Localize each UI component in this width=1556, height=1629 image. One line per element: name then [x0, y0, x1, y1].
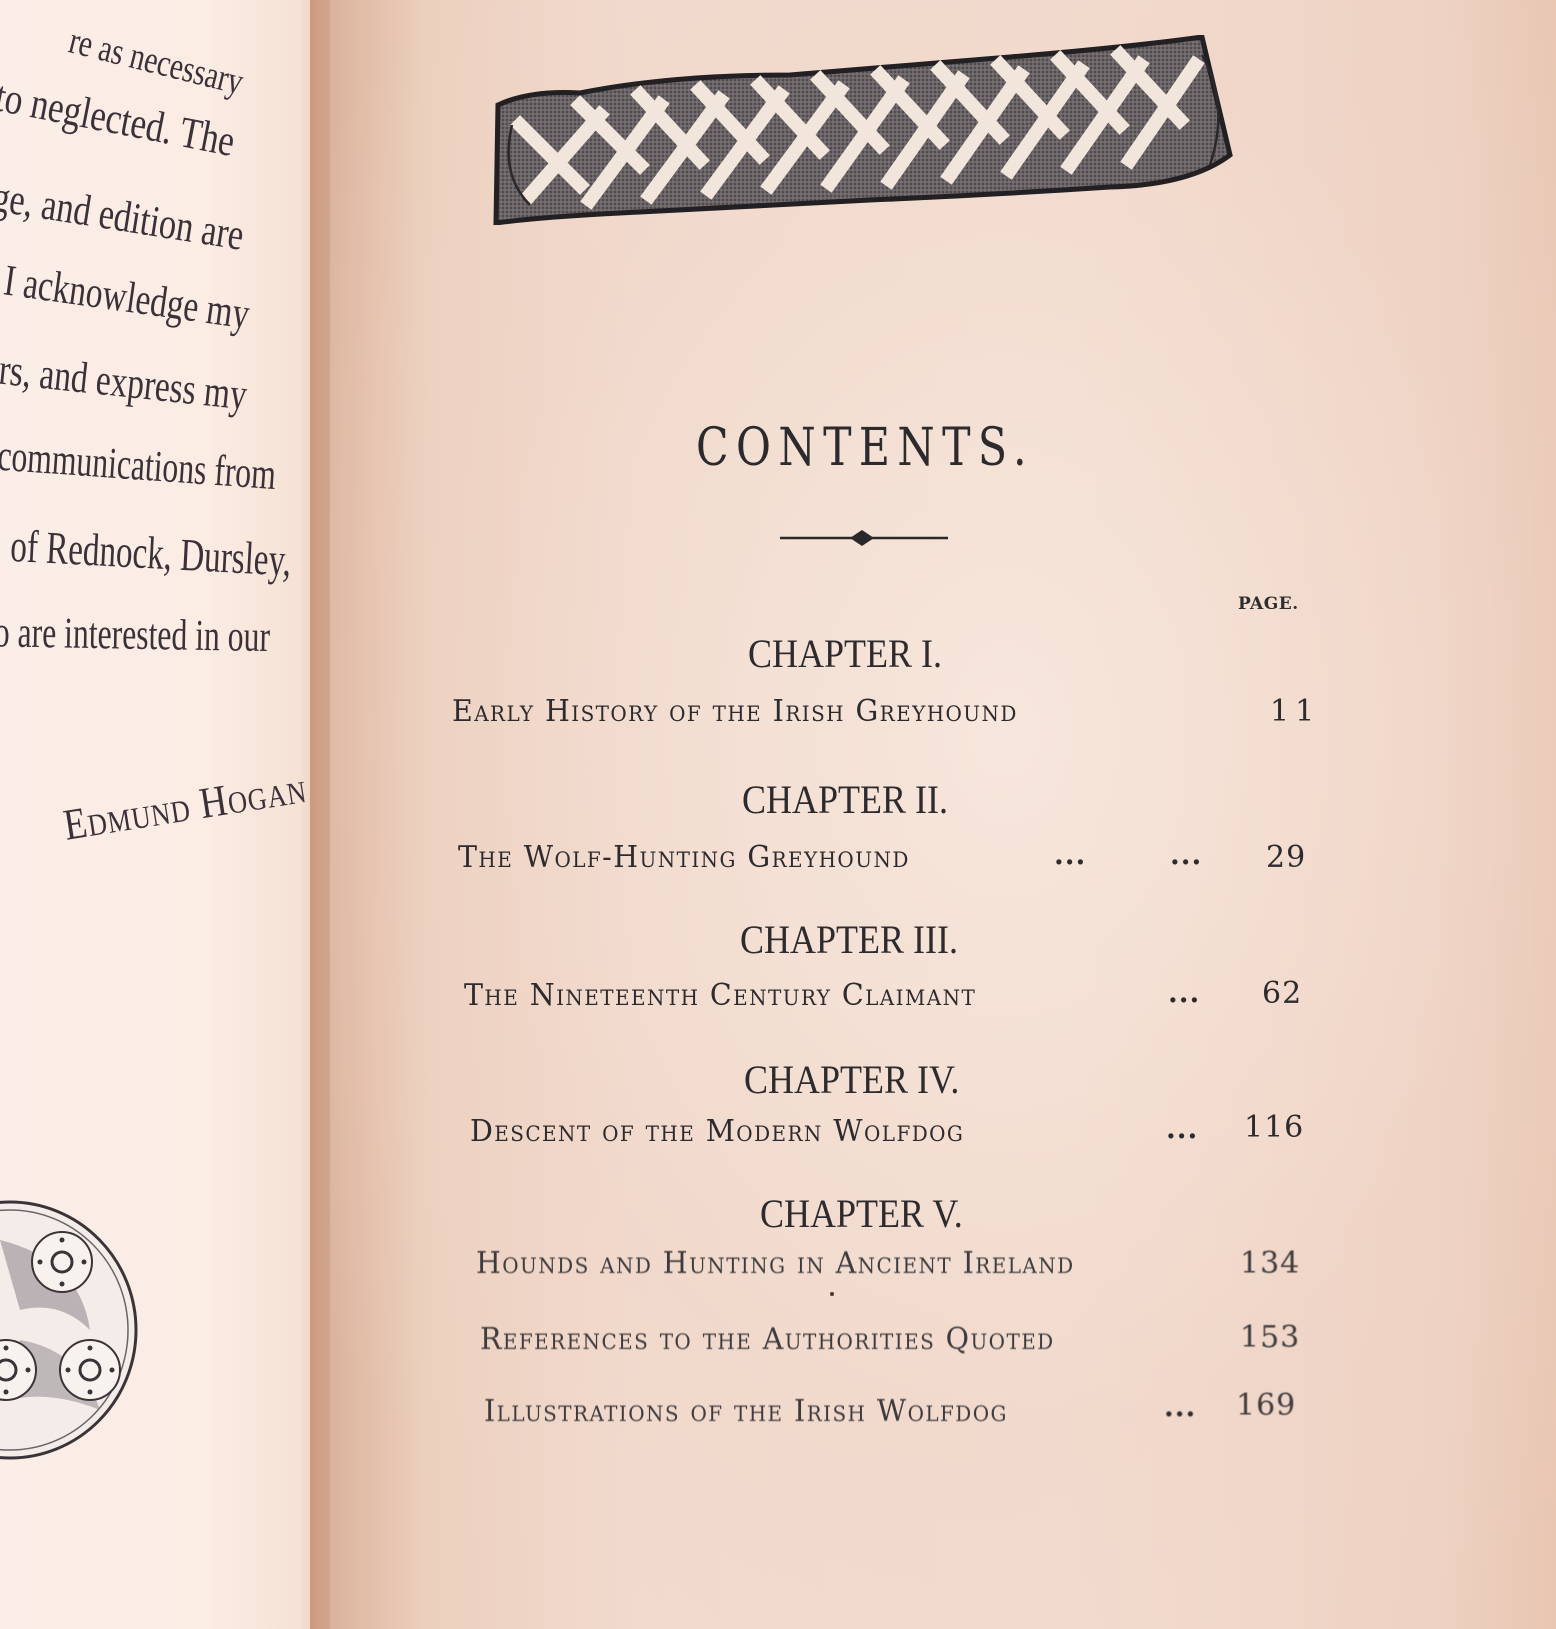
chapter-heading: CHAPTER IV.: [744, 1056, 959, 1103]
toc-entry-page: 11: [1270, 694, 1320, 729]
triskele-ornament-icon: [0, 1200, 140, 1460]
toc-entry-title: The Wolf-Hunting Greyhound: [458, 840, 910, 875]
toc-entry-page: 116: [1244, 1110, 1304, 1145]
chapter-heading: CHAPTER II.: [742, 776, 948, 823]
author-signature: Edmund Hogan.: [60, 760, 320, 850]
toc-leader-dots: ...: [1054, 838, 1086, 871]
left-page-text-line: , of Rednock, Dursley,: [0, 518, 293, 587]
toc-entry-title: Illustrations of the Irish Wolfdog: [484, 1394, 1008, 1429]
chapter-heading: CHAPTER III.: [740, 916, 958, 963]
toc-entry-title: Hounds and Hunting in Ancient Ireland: [476, 1246, 1075, 1281]
chapter-heading: CHAPTER I.: [748, 630, 942, 677]
toc-entry-page: 169: [1236, 1388, 1296, 1423]
left-page-text-line: iters, and express my: [0, 340, 249, 420]
page-column-label: PAGE.: [1238, 594, 1299, 614]
toc-leader-dots: ...: [1166, 1112, 1198, 1145]
left-page: re as necessary to neglected. The age, a…: [0, 0, 340, 1629]
toc-entry-title: The Nineteenth Century Claimant: [464, 978, 976, 1013]
toc-leader-dots: ...: [1170, 838, 1202, 871]
toc-entry-page: 29: [1266, 840, 1306, 875]
chapter-heading: CHAPTER V.: [760, 1190, 963, 1237]
toc-leader-dots: ...: [1164, 1390, 1196, 1423]
diamond-rule-icon: [780, 528, 948, 548]
toc-entry-title: Early History of the Irish Greyhound: [452, 694, 1018, 729]
page-title: CONTENTS.: [156, 418, 1556, 478]
toc-entry-title: References to the Authorities Quoted: [480, 1322, 1055, 1357]
celtic-knot-band-icon: [490, 35, 1235, 225]
left-page-text-line: ho are interested in our: [0, 606, 270, 662]
toc-leader-dots: ...: [1168, 976, 1200, 1009]
toc-entry-title: Descent of the Modern Wolfdog: [470, 1114, 964, 1149]
left-page-text-line: age, and edition are: [0, 168, 247, 260]
left-page-text-line: . I acknowledge my: [0, 252, 253, 339]
toc-entry-page: 134: [1240, 1246, 1300, 1281]
toc-entry-page: 62: [1262, 976, 1302, 1011]
paper-speck: [830, 1292, 834, 1296]
toc-entry-page: 153: [1240, 1320, 1300, 1355]
